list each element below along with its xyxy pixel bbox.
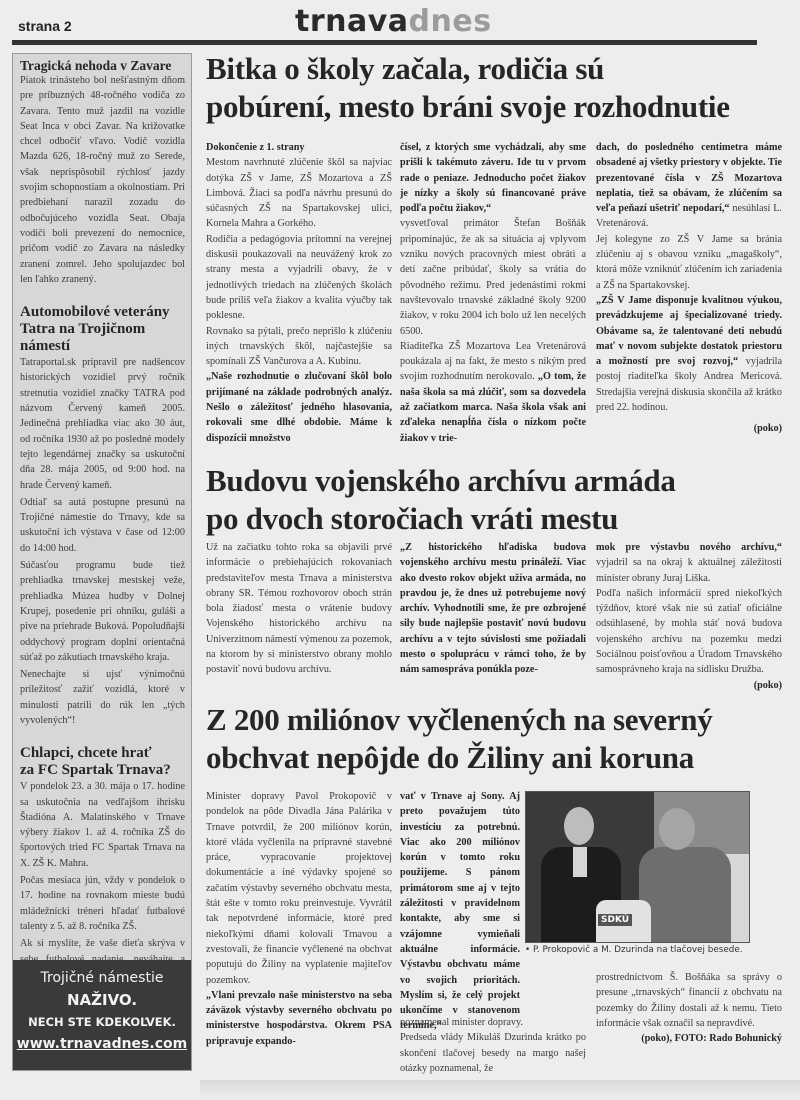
schools-column-1: Dokončenie z 1. strany Mestom navrhnuté … [206, 140, 392, 446]
continued-label: Dokončenie z 1. strany [206, 140, 392, 155]
podium-logo: SDKÚ [598, 914, 632, 926]
news-photo: SDKÚ [525, 791, 750, 943]
promo-line: Trojičné námestie [13, 967, 191, 989]
article-paragraph: „ZŠ V Jame disponuje kvalitnou výukou, p… [596, 293, 782, 415]
article-paragraph: Rovnako sa pýtali, prečo neprišlo k zlúč… [206, 324, 392, 370]
header-divider [12, 40, 757, 45]
article-paragraph: Riaditeľka ZŠ Mozartova Lea Vretenárová … [400, 339, 586, 446]
bypass-column-1: Minister dopravy Pavol Prokopovič v pond… [206, 789, 392, 1049]
bypass-column-2: vať v Trnave aj Sony. Aj preto považujem… [400, 789, 520, 1034]
sidebar-article-paragraph: Súčasťou programu bude tiež prehliadka t… [20, 558, 185, 665]
sidebar-article-spartak: Chlapci, chcete hrať za FC Spartak Trnav… [13, 741, 191, 997]
article-paragraph: Podľa našich informácií spred niekoľkých… [596, 586, 782, 678]
sidebar-article-title: Chlapci, chcete hrať za FC Spartak Trnav… [20, 745, 185, 779]
headline-schools: Bitka o školy začala, rodičia sú pobúren… [206, 50, 776, 126]
promo-url-link[interactable]: www.trnavadnes.com [13, 1033, 191, 1055]
sidebar-article-paragraph: Tatraportal.sk pripravil pre nadšencov h… [20, 355, 185, 493]
sidebar-article-paragraph: Nenechajte si ujsť výnimočnú príležitosť… [20, 667, 185, 728]
article-paragraph: Jej kolegyne zo ZŠ V Jame sa bránia zlúč… [596, 232, 782, 293]
article-quote: „Vlani prevzalo naše ministerstvo na seb… [206, 988, 392, 1049]
archive-column-3: mok pre výstavbu nového archívu,“ vyjadr… [596, 540, 782, 693]
article-paragraph: Rodičia a pedagógovia prítomní na verejn… [206, 232, 392, 324]
title-line: Automobilové veterány [20, 304, 185, 321]
article-paragraph: mok pre výstavbu nového archívu,“ vyjadr… [596, 540, 782, 586]
article-quote: mok pre výstavbu nového archívu,“ [596, 542, 782, 553]
masthead-secondary: dnes [409, 4, 492, 39]
headline-line: po dvoch storočiach vráti mestu [206, 500, 786, 538]
sidebar-article-title: Automobilové veterány Tatra na Trojičnom… [20, 304, 185, 355]
sidebar-article-paragraph: Počas mesiaca jún, vždy v pondelok o 17.… [20, 873, 185, 934]
headline-archive: Budovu vojenského archívu armáda po dvoc… [206, 462, 786, 538]
article-paragraph: dach, do posledného centimetra máme obsa… [596, 140, 782, 232]
title-line: Tatra na Trojičnom námestí [20, 321, 185, 355]
sidebar-article-title: Tragická nehoda v Zavare [20, 58, 185, 73]
title-line: Chlapci, chcete hrať [20, 745, 185, 762]
article-paragraph: vysvetľoval primátor Štefan Bošňák pripo… [400, 216, 586, 338]
paragraph-text: Podľa našich informácií spred niekoľkých… [596, 588, 782, 675]
title-line: za FC Spartak Trnava? [20, 762, 185, 779]
sidebar-article-accident: Tragická nehoda v Zavare Piatok trináste… [13, 54, 191, 287]
headline-line: Z 200 miliónov vyčlenených na severný [206, 701, 796, 739]
article-paragraph: Predseda vlády Mikuláš Dzurinda krátko p… [400, 1030, 586, 1076]
archive-column-2: „Z historického hľadiska budova vojenské… [400, 540, 586, 678]
masthead-logo: trnavadnes [295, 4, 492, 40]
headline-line: Budovu vojenského archívu armáda [206, 462, 786, 500]
headline-line: obchvat nepôjde do Žiliny ani koruna [206, 739, 796, 777]
schools-column-3: dach, do posledného centimetra máme obsa… [596, 140, 782, 437]
promo-banner: Trojičné námestie NAŽIVO. NECH STE KDEKO… [13, 960, 191, 1070]
article-quote: čísel, z ktorých sme vychádzali, aby sme… [400, 140, 586, 216]
sidebar-news-box: Tragická nehoda v Zavare Piatok trináste… [12, 53, 192, 1071]
author-signature: (poko) [596, 421, 782, 436]
schools-column-2: čísel, z ktorých sme vychádzali, aby sme… [400, 140, 586, 446]
sidebar-article-tatra: Automobilové veterány Tatra na Trojičnom… [13, 300, 191, 728]
headline-line: pobúrení, mesto bráni svoje rozhodnutie [206, 88, 776, 126]
bypass-column-2-continued: poznamenal minister dopravy. Predseda vl… [400, 1015, 586, 1076]
article-paragraph: Už na začiatku tohto roka sa objavili pr… [206, 540, 392, 678]
promo-line: NECH STE KDEKOĽVEK. [13, 1011, 191, 1033]
promo-line: NAŽIVO. [13, 989, 191, 1011]
sidebar-article-paragraph: V pondelok 23. a 30. mája o 17. hodine s… [20, 779, 185, 871]
page-number: strana 2 [18, 18, 72, 34]
article-quote: „Naše rozhodnutie o zlučovaní škôl bolo … [206, 369, 392, 445]
sidebar-article-paragraph: Piatok trinásteho bol nešťastným dňom pr… [20, 73, 185, 287]
archive-column-1: Už na začiatku tohto roka sa objavili pr… [206, 540, 392, 678]
author-signature: (poko) [754, 678, 782, 693]
article-quote: „Z historického hľadiska budova vojenské… [400, 540, 586, 678]
sidebar-article-paragraph: Odtiaľ sa autá postupne presunú na Troji… [20, 495, 185, 556]
article-paragraph: prostredníctvom Š. Bošňáka sa správy o p… [596, 970, 782, 1031]
quote-attribution: vyjadril sa na okraj k aktuálnej záležit… [596, 557, 782, 583]
article-paragraph: Minister dopravy Pavol Prokopovič v pond… [206, 789, 392, 988]
masthead-primary: trnava [295, 4, 409, 39]
page-fold-shadow [200, 1080, 800, 1100]
headline-line: Bitka o školy začala, rodičia sú [206, 50, 776, 88]
article-paragraph: poznamenal minister dopravy. [400, 1015, 586, 1030]
bypass-column-3: prostredníctvom Š. Bošňáka sa správy o p… [596, 970, 782, 1046]
article-paragraph: Mestom navrhnuté zlúčenie škôl sa najvia… [206, 155, 392, 231]
article-quote: vať v Trnave aj Sony. Aj preto považujem… [400, 789, 520, 1034]
headline-bypass: Z 200 miliónov vyčlenených na severný ob… [206, 701, 796, 777]
photo-caption: • P. Prokopovič a M. Dzurinda na tlačove… [525, 945, 795, 955]
author-signature: (poko), FOTO: Rado Bohunický [596, 1031, 782, 1046]
